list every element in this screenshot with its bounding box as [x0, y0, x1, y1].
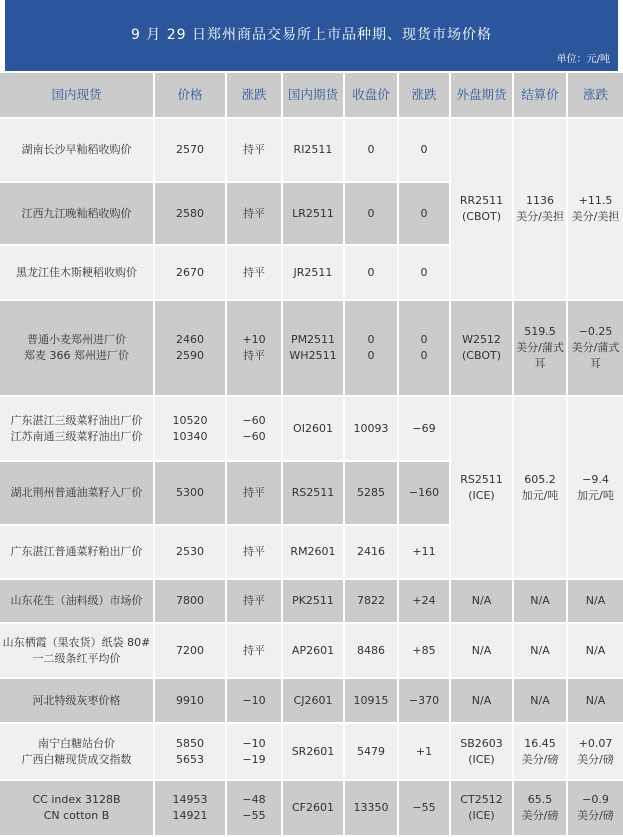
domestic-contract-cell-line: OI2601	[284, 421, 342, 437]
close-price-cell-line: 0	[346, 332, 396, 348]
column-header-close: 收盘价	[345, 73, 397, 117]
spot-name-cell-line: 湖南长沙早籼稻收购价	[1, 142, 152, 158]
close-price-cell-line: 5285	[346, 485, 396, 501]
futures-change-cell: 0	[399, 183, 449, 244]
spot-change-cell: −48−55	[227, 781, 281, 835]
futures-change-cell-line: −160	[400, 485, 448, 501]
spot-price-cell-line: 2570	[156, 142, 224, 158]
spot-name-cell-line: CC index 3128B	[1, 792, 152, 808]
domestic-contract-cell-line: LR2511	[284, 206, 342, 222]
spot-price-cell: 2530	[155, 526, 225, 578]
spot-change-cell-line: −10	[228, 693, 280, 709]
settle-price-cell-line: N/A	[515, 593, 565, 609]
foreign-change-cell: −0.9美分/磅	[568, 781, 623, 835]
futures-change-cell: 0	[399, 119, 449, 181]
settle-price-cell-line: 美分/蒲式	[515, 340, 565, 356]
futures-change-cell-line: −370	[400, 693, 448, 709]
foreign-contract-cell-line: W2512	[452, 332, 511, 348]
unit-label: 单位：元/吨	[557, 50, 610, 65]
spot-price-cell: 1495314921	[155, 781, 225, 835]
spot-price-cell-line: 2460	[156, 332, 224, 348]
settle-price-cell: N/A	[514, 679, 566, 722]
spot-change-cell-line: 持平	[228, 348, 280, 364]
close-price-cell-line: 8486	[346, 643, 396, 659]
close-price-cell-line: 0	[346, 206, 396, 222]
table-row: 湖南长沙早籼稻收购价2570持平RI251100RR2511(CBOT)1136…	[0, 119, 623, 181]
foreign-contract-cell: SB2603(ICE)	[451, 724, 512, 779]
settle-price-cell-line: 605.2	[515, 472, 565, 488]
spot-change-cell-line: 持平	[228, 265, 280, 281]
close-price-cell: 5479	[345, 724, 397, 779]
settle-price-cell-line: N/A	[515, 643, 565, 659]
settle-price-cell-line: 加元/吨	[515, 488, 565, 504]
spot-price-cell-line: 2530	[156, 544, 224, 560]
spot-price-cell-line: 7800	[156, 593, 224, 609]
spot-price-cell-line: 9910	[156, 693, 224, 709]
futures-change-cell: +85	[399, 624, 449, 677]
spot-price-cell-line: 2580	[156, 206, 224, 222]
column-header-change: 涨跌	[227, 73, 281, 117]
spot-name-cell-line: 郑麦 366 郑州进厂价	[1, 348, 152, 364]
close-price-cell: 7822	[345, 580, 397, 622]
spot-change-cell-line: −10	[228, 736, 280, 752]
close-price-cell: 0	[345, 246, 397, 299]
spot-price-cell: 5300	[155, 462, 225, 524]
foreign-change-cell: N/A	[568, 679, 623, 722]
domestic-contract-cell: CJ2601	[283, 679, 343, 722]
spot-name-cell: 广东湛江普通菜籽粕出厂价	[0, 526, 153, 578]
column-header-foreign-change: 涨跌	[568, 73, 623, 117]
spot-change-cell: 持平	[227, 119, 281, 181]
domestic-contract-cell-line: PM2511	[284, 332, 342, 348]
close-price-cell: 10915	[345, 679, 397, 722]
header-row: 国内现货价格涨跌国内期货收盘价涨跌外盘期货结算价涨跌	[0, 73, 623, 117]
futures-change-cell: −69	[399, 397, 449, 460]
spot-price-cell-line: 2590	[156, 348, 224, 364]
futures-change-cell: −160	[399, 462, 449, 524]
table-row: 山东栖霞（果农货）纸袋 80#一二级条红平均价7200持平AP26018486+…	[0, 624, 623, 677]
foreign-change-cell-line: +11.5	[569, 193, 622, 209]
settle-price-cell-line: 耳	[515, 356, 565, 372]
spot-name-cell-line: 山东花生（油料级）市场价	[1, 593, 152, 609]
domestic-contract-cell: RM2601	[283, 526, 343, 578]
domestic-contract-cell: RS2511	[283, 462, 343, 524]
close-price-cell-line: 5479	[346, 744, 396, 760]
spot-change-cell-line: 持平	[228, 206, 280, 222]
spot-price-cell: 2670	[155, 246, 225, 299]
domestic-contract-cell-line: WH2511	[284, 348, 342, 364]
spot-change-cell: −60−60	[227, 397, 281, 460]
futures-change-cell: +11	[399, 526, 449, 578]
spot-change-cell: +10持平	[227, 301, 281, 395]
close-price-cell-line: 0	[346, 265, 396, 281]
spot-name-cell: 湖南长沙早籼稻收购价	[0, 119, 153, 181]
close-price-cell: 13350	[345, 781, 397, 835]
domestic-contract-cell: JR2511	[283, 246, 343, 299]
close-price-cell-line: 0	[346, 142, 396, 158]
foreign-contract-cell-line: N/A	[452, 693, 511, 709]
spot-price-cell-line: 5850	[156, 736, 224, 752]
futures-change-cell: 00	[399, 301, 449, 395]
spot-name-cell-line: 黑龙江佳木斯粳稻收购价	[1, 265, 152, 281]
title-bar: 9 月 29 日郑州商品交易所上市品种期、现货市场价格 单位：元/吨	[5, 0, 618, 71]
column-header-domestic-futures: 国内期货	[283, 73, 343, 117]
spot-change-cell: 持平	[227, 183, 281, 244]
spot-price-cell-line: 10520	[156, 413, 224, 429]
settle-price-cell: 605.2加元/吨	[514, 397, 566, 578]
spot-change-cell-line: −60	[228, 429, 280, 445]
foreign-change-cell-line: N/A	[569, 593, 622, 609]
table-row: 南宁白糖站台价广西白糖现货成交指数58505653−10−19SR2601547…	[0, 724, 623, 779]
spot-name-cell: CC index 3128BCN cotton B	[0, 781, 153, 835]
price-table: 国内现货价格涨跌国内期货收盘价涨跌外盘期货结算价涨跌 湖南长沙早籼稻收购价257…	[0, 71, 623, 837]
spot-price-cell-line: 2670	[156, 265, 224, 281]
domestic-contract-cell-line: CJ2601	[284, 693, 342, 709]
foreign-contract-cell-line: N/A	[452, 593, 511, 609]
spot-price-cell: 7200	[155, 624, 225, 677]
spot-change-cell-line: 持平	[228, 643, 280, 659]
table-row: 广东湛江三级菜籽油出厂价江苏南通三级菜籽油出厂价1052010340−60−60…	[0, 397, 623, 460]
spot-change-cell: 持平	[227, 246, 281, 299]
page-title: 9 月 29 日郑州商品交易所上市品种期、现货市场价格	[5, 24, 618, 44]
futures-change-cell: 0	[399, 246, 449, 299]
foreign-change-cell-line: 美分/磅	[569, 752, 622, 768]
close-price-cell: 0	[345, 119, 397, 181]
domestic-contract-cell-line: SR2601	[284, 744, 342, 760]
spot-price-cell: 1052010340	[155, 397, 225, 460]
spot-name-cell-line: 湖北荆州普通油菜籽入厂价	[1, 485, 152, 501]
spot-name-cell-line: 江西九江晚籼稻收购价	[1, 206, 152, 222]
spot-change-cell: 持平	[227, 624, 281, 677]
table-row: 山东花生（油料级）市场价7800持平PK25117822+24N/AN/AN/A	[0, 580, 623, 622]
foreign-contract-cell-line: RR2511	[452, 193, 511, 209]
spot-price-cell-line: 14953	[156, 792, 224, 808]
spot-change-cell: 持平	[227, 580, 281, 622]
foreign-change-cell-line: 耳	[569, 356, 622, 372]
foreign-change-cell: +11.5美分/美担	[568, 119, 623, 299]
spot-name-cell-line: 一二级条红平均价	[1, 651, 152, 667]
column-header-price: 价格	[155, 73, 225, 117]
close-price-cell-line: 7822	[346, 593, 396, 609]
spot-change-cell-line: −60	[228, 413, 280, 429]
foreign-change-cell-line: 美分/磅	[569, 808, 622, 824]
spot-price-cell-line: 5653	[156, 752, 224, 768]
spot-name-cell-line: 广东湛江三级菜籽油出厂价	[1, 413, 152, 429]
domestic-contract-cell-line: PK2511	[284, 593, 342, 609]
foreign-change-cell-line: 美分/美担	[569, 209, 622, 225]
foreign-contract-cell: N/A	[451, 580, 512, 622]
domestic-contract-cell: CF2601	[283, 781, 343, 835]
futures-change-cell: −55	[399, 781, 449, 835]
spot-name-cell-line: 山东栖霞（果农货）纸袋 80#	[1, 635, 152, 651]
spot-change-cell: 持平	[227, 526, 281, 578]
foreign-change-cell: N/A	[568, 624, 623, 677]
foreign-change-cell-line: 美分/蒲式	[569, 340, 622, 356]
foreign-change-cell-line: N/A	[569, 643, 622, 659]
close-price-cell-line: 10093	[346, 421, 396, 437]
close-price-cell: 5285	[345, 462, 397, 524]
foreign-contract-cell-line: RS2511	[452, 472, 511, 488]
close-price-cell-line: 2416	[346, 544, 396, 560]
spot-name-cell: 江西九江晚籼稻收购价	[0, 183, 153, 244]
domestic-contract-cell: PK2511	[283, 580, 343, 622]
foreign-change-cell: N/A	[568, 580, 623, 622]
spot-name-cell: 广东湛江三级菜籽油出厂价江苏南通三级菜籽油出厂价	[0, 397, 153, 460]
domestic-contract-cell-line: JR2511	[284, 265, 342, 281]
foreign-change-cell: +0.07美分/磅	[568, 724, 623, 779]
foreign-change-cell: −9.4加元/吨	[568, 397, 623, 578]
spot-name-cell: 湖北荆州普通油菜籽入厂价	[0, 462, 153, 524]
table-row: CC index 3128BCN cotton B1495314921−48−5…	[0, 781, 623, 835]
close-price-cell: 8486	[345, 624, 397, 677]
futures-change-cell-line: 0	[400, 348, 448, 364]
foreign-contract-cell: CT2512(ICE)	[451, 781, 512, 835]
settle-price-cell: 1136美分/美担	[514, 119, 566, 299]
spot-change-cell-line: 持平	[228, 485, 280, 501]
foreign-contract-cell-line: (CBOT)	[452, 209, 511, 225]
settle-price-cell-line: 65.5	[515, 792, 565, 808]
spot-name-cell-line: 普通小麦郑州进厂价	[1, 332, 152, 348]
domestic-contract-cell: AP2601	[283, 624, 343, 677]
futures-change-cell: −370	[399, 679, 449, 722]
close-price-cell: 2416	[345, 526, 397, 578]
foreign-change-cell-line: −9.4	[569, 472, 622, 488]
foreign-contract-cell-line: (ICE)	[452, 808, 511, 824]
futures-change-cell-line: 0	[400, 142, 448, 158]
spot-change-cell-line: −19	[228, 752, 280, 768]
close-price-cell: 00	[345, 301, 397, 395]
futures-change-cell-line: +85	[400, 643, 448, 659]
futures-change-cell-line: +1	[400, 744, 448, 760]
spot-price-cell: 2580	[155, 183, 225, 244]
spot-name-cell: 山东花生（油料级）市场价	[0, 580, 153, 622]
futures-change-cell: +1	[399, 724, 449, 779]
domestic-contract-cell-line: AP2601	[284, 643, 342, 659]
foreign-contract-cell: N/A	[451, 679, 512, 722]
domestic-contract-cell: SR2601	[283, 724, 343, 779]
settle-price-cell-line: 16.45	[515, 736, 565, 752]
futures-change-cell-line: +11	[400, 544, 448, 560]
column-header-futures-change: 涨跌	[399, 73, 449, 117]
close-price-cell: 10093	[345, 397, 397, 460]
domestic-contract-cell-line: RS2511	[284, 485, 342, 501]
domestic-contract-cell-line: CF2601	[284, 800, 342, 816]
foreign-contract-cell: N/A	[451, 624, 512, 677]
spot-price-cell-line: 7200	[156, 643, 224, 659]
spot-name-cell: 南宁白糖站台价广西白糖现货成交指数	[0, 724, 153, 779]
spot-name-cell-line: 广西白糖现货成交指数	[1, 752, 152, 768]
spot-price-cell: 24602590	[155, 301, 225, 395]
domestic-contract-cell-line: RI2511	[284, 142, 342, 158]
spot-price-cell-line: 10340	[156, 429, 224, 445]
table-row: 普通小麦郑州进厂价郑麦 366 郑州进厂价24602590+10持平PM2511…	[0, 301, 623, 395]
settle-price-cell-line: 美分/美担	[515, 209, 565, 225]
foreign-change-cell-line: 加元/吨	[569, 488, 622, 504]
foreign-contract-cell: RS2511(ICE)	[451, 397, 512, 578]
foreign-contract-cell: RR2511(CBOT)	[451, 119, 512, 299]
foreign-contract-cell-line: (ICE)	[452, 752, 511, 768]
domestic-contract-cell: RI2511	[283, 119, 343, 181]
spot-change-cell-line: 持平	[228, 544, 280, 560]
spot-price-cell: 58505653	[155, 724, 225, 779]
close-price-cell-line: 10915	[346, 693, 396, 709]
foreign-change-cell-line: N/A	[569, 693, 622, 709]
foreign-contract-cell-line: (ICE)	[452, 488, 511, 504]
settle-price-cell: 16.45美分/磅	[514, 724, 566, 779]
foreign-change-cell: −0.25美分/蒲式耳	[568, 301, 623, 395]
spot-name-cell-line: 南宁白糖站台价	[1, 736, 152, 752]
table-row: 河北特级灰枣价格9910−10CJ260110915−370N/AN/AN/A	[0, 679, 623, 722]
settle-price-cell: N/A	[514, 624, 566, 677]
futures-change-cell-line: 0	[400, 332, 448, 348]
futures-change-cell-line: −55	[400, 800, 448, 816]
spot-name-cell: 河北特级灰枣价格	[0, 679, 153, 722]
settle-price-cell: 519.5美分/蒲式耳	[514, 301, 566, 395]
domestic-contract-cell: OI2601	[283, 397, 343, 460]
spot-name-cell: 普通小麦郑州进厂价郑麦 366 郑州进厂价	[0, 301, 153, 395]
close-price-cell-line: 13350	[346, 800, 396, 816]
foreign-contract-cell-line: (CBOT)	[452, 348, 511, 364]
settle-price-cell-line: 美分/磅	[515, 752, 565, 768]
column-header-spot: 国内现货	[0, 73, 153, 117]
spot-change-cell-line: −55	[228, 808, 280, 824]
close-price-cell: 0	[345, 183, 397, 244]
foreign-contract-cell-line: N/A	[452, 643, 511, 659]
spot-change-cell: 持平	[227, 462, 281, 524]
spot-name-cell-line: 河北特级灰枣价格	[1, 693, 152, 709]
spot-change-cell: −10	[227, 679, 281, 722]
foreign-change-cell-line: −0.25	[569, 324, 622, 340]
futures-change-cell-line: 0	[400, 206, 448, 222]
close-price-cell-line: 0	[346, 348, 396, 364]
column-header-foreign-futures: 外盘期货	[451, 73, 512, 117]
column-header-settle: 结算价	[514, 73, 566, 117]
spot-change-cell-line: +10	[228, 332, 280, 348]
spot-price-cell: 2570	[155, 119, 225, 181]
settle-price-cell-line: 519.5	[515, 324, 565, 340]
spot-name-cell-line: 广东湛江普通菜籽粕出厂价	[1, 544, 152, 560]
futures-change-cell: +24	[399, 580, 449, 622]
futures-change-cell-line: 0	[400, 265, 448, 281]
futures-change-cell-line: −69	[400, 421, 448, 437]
spot-price-cell-line: 14921	[156, 808, 224, 824]
spot-change-cell-line: 持平	[228, 593, 280, 609]
spot-price-cell: 7800	[155, 580, 225, 622]
spot-name-cell: 黑龙江佳木斯粳稻收购价	[0, 246, 153, 299]
settle-price-cell-line: N/A	[515, 693, 565, 709]
spot-change-cell-line: −48	[228, 792, 280, 808]
spot-name-cell-line: CN cotton B	[1, 808, 152, 824]
spot-change-cell: −10−19	[227, 724, 281, 779]
domestic-contract-cell-line: RM2601	[284, 544, 342, 560]
settle-price-cell-line: 1136	[515, 193, 565, 209]
spot-name-cell: 山东栖霞（果农货）纸袋 80#一二级条红平均价	[0, 624, 153, 677]
spot-name-cell-line: 江苏南通三级菜籽油出厂价	[1, 429, 152, 445]
settle-price-cell: 65.5美分/磅	[514, 781, 566, 835]
spot-price-cell-line: 5300	[156, 485, 224, 501]
foreign-contract-cell: W2512(CBOT)	[451, 301, 512, 395]
foreign-contract-cell-line: SB2603	[452, 736, 511, 752]
futures-change-cell-line: +24	[400, 593, 448, 609]
spot-change-cell-line: 持平	[228, 142, 280, 158]
domestic-contract-cell: LR2511	[283, 183, 343, 244]
foreign-contract-cell-line: CT2512	[452, 792, 511, 808]
settle-price-cell-line: 美分/磅	[515, 808, 565, 824]
spot-price-cell: 9910	[155, 679, 225, 722]
foreign-change-cell-line: +0.07	[569, 736, 622, 752]
settle-price-cell: N/A	[514, 580, 566, 622]
foreign-change-cell-line: −0.9	[569, 792, 622, 808]
domestic-contract-cell: PM2511WH2511	[283, 301, 343, 395]
